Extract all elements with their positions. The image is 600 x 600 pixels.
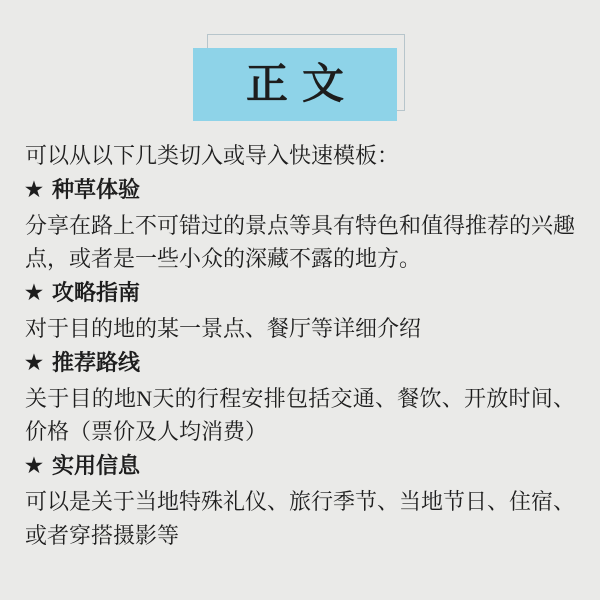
section-heading: ★种草体验	[25, 173, 575, 209]
section-heading: ★推荐路线	[25, 346, 575, 382]
star-icon: ★	[25, 277, 43, 311]
section-heading-label: 实用信息	[52, 453, 140, 478]
body-paragraph: 分享在路上不可错过的景点等具有特色和值得推荐的兴趣点，或者是一些小众的深藏不露的…	[25, 209, 575, 277]
content: 可以从以下几类切入或导入快速模板：★种草体验分享在路上不可错过的景点等具有特色和…	[25, 139, 575, 553]
body-paragraph: 关于目的地N天的行程安排包括交通、餐饮、开放时间、价格（票价及人均消费）	[25, 382, 575, 450]
section-heading-label: 攻略指南	[52, 280, 140, 305]
title-block: 正文	[193, 34, 423, 134]
section-heading-label: 推荐路线	[52, 350, 140, 375]
star-icon: ★	[25, 450, 43, 484]
section-heading-label: 种草体验	[52, 177, 140, 202]
section-heading: ★实用信息	[25, 449, 575, 485]
page-title: 正文	[246, 64, 358, 106]
body-paragraph: 可以从以下几类切入或导入快速模板：	[25, 139, 575, 173]
body-paragraph: 对于目的地的某一景点、餐厅等详细介绍	[25, 312, 575, 346]
star-icon: ★	[25, 174, 43, 208]
title-box: 正文	[193, 48, 397, 121]
body-paragraph: 可以是关于当地特殊礼仪、旅行季节、当地节日、住宿、或者穿搭摄影等	[25, 485, 575, 553]
page: 正文 可以从以下几类切入或导入快速模板：★种草体验分享在路上不可错过的景点等具有…	[0, 0, 600, 600]
section-heading: ★攻略指南	[25, 276, 575, 312]
star-icon: ★	[25, 347, 43, 381]
